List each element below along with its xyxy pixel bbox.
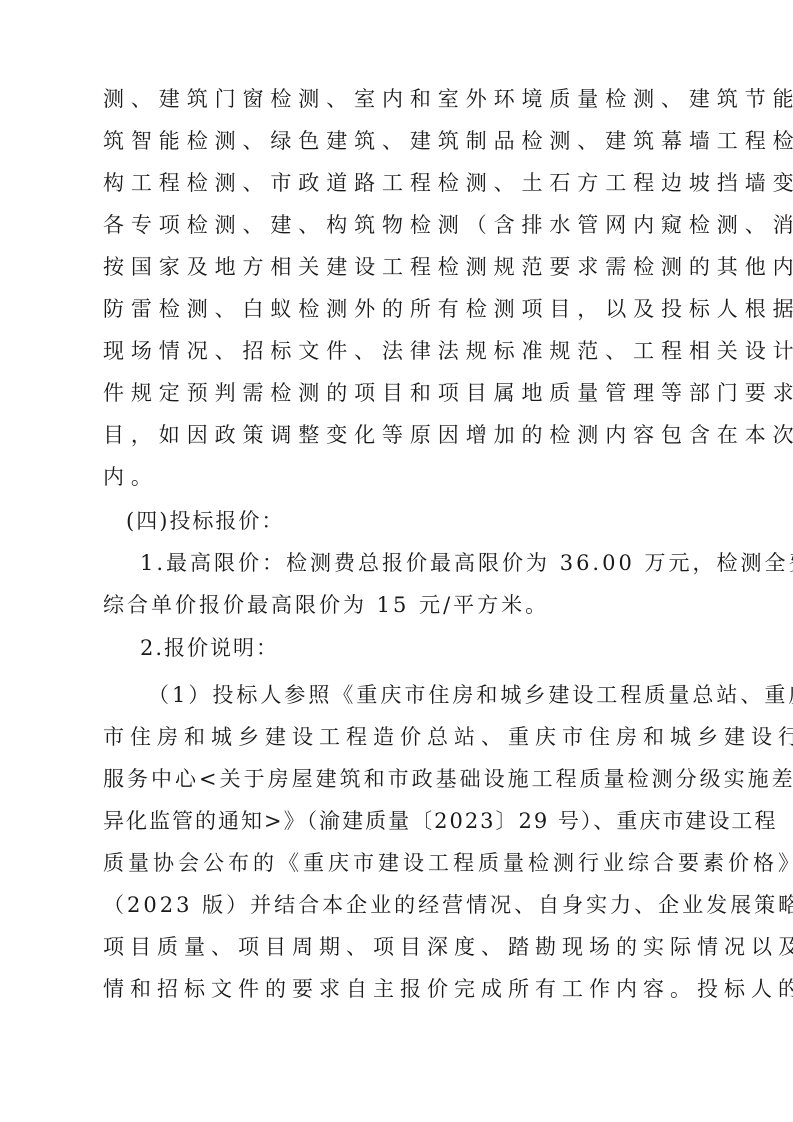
paragraph-line: 目，如因政策调整变化等原因增加的检测内容包含在本次招标范围 [103,420,693,450]
paragraph-line: 市住房和城乡建设工程造价总站、重庆市住房和城乡建设行政审批 [103,722,693,752]
paragraph-line: 服务中心<关于房屋建筑和市政基础设施工程质量检测分级实施差 [103,764,693,794]
paragraph-line: 项目质量、项目周期、项目深度、踏勘现场的实际情况以及市场行 [103,932,693,962]
paragraph-line: 筑智能检测、绿色建筑、建筑制品检测、建筑幕墙工程检测、钢结 [103,126,693,156]
paragraph-line: 质量协会公布的《重庆市建设工程质量检测行业综合要素价格》 [103,848,693,878]
paragraph-line: 情和招标文件的要求自主报价完成所有工作内容。投标人的投标报 [103,974,693,1004]
paragraph-line: 综合单价报价最高限价为 15 元/平方米。 [103,590,693,620]
paragraph-line: （1）投标人参照《重庆市住房和城乡建设工程质量总站、重庆 [148,680,693,710]
paragraph-line: （2023 版）并结合本企业的经营情况、自身实力、企业发展策略、 [103,890,693,920]
section-heading-bid-price: (四)投标报价： [126,506,693,536]
paragraph-line: 测、建筑门窗检测、室内和室外环境质量检测、建筑节能检测、建 [103,84,693,114]
paragraph-line: 按国家及地方相关建设工程检测规范要求需检测的其他内容）等除 [103,252,693,282]
document-page: 测、建筑门窗检测、室内和室外环境质量检测、建筑节能检测、建 筑智能检测、绿色建筑… [0,0,793,1122]
paragraph-line: 现场情况、招标文件、法律法规标准规范、工程相关设计及技术文 [103,336,693,366]
paragraph-line: 各专项检测、建、构筑物检测（含排水管网内窥检测、消防检测等 [103,210,693,240]
paragraph-line: 1.最高限价：检测费总报价最高限价为 36.00 万元，检测全费用 [140,548,693,578]
paragraph-line: 防雷检测、白蚁检测外的所有检测项目，以及投标人根据项目概况、 [103,294,693,324]
paragraph-line: 件规定预判需检测的项目和项目属地质量管理等部门要求检测的项 [103,378,693,408]
paragraph-line: 异化监管的通知>》（渝建质量〔2023〕29 号）、重庆市建设工程 [103,806,693,836]
paragraph-line: 构工程检测、市政道路工程检测、土石方工程边坡挡墙变形观测及 [103,168,693,198]
paragraph-line: 内。 [103,462,693,492]
pricing-notes-heading: 2.报价说明： [140,633,693,663]
